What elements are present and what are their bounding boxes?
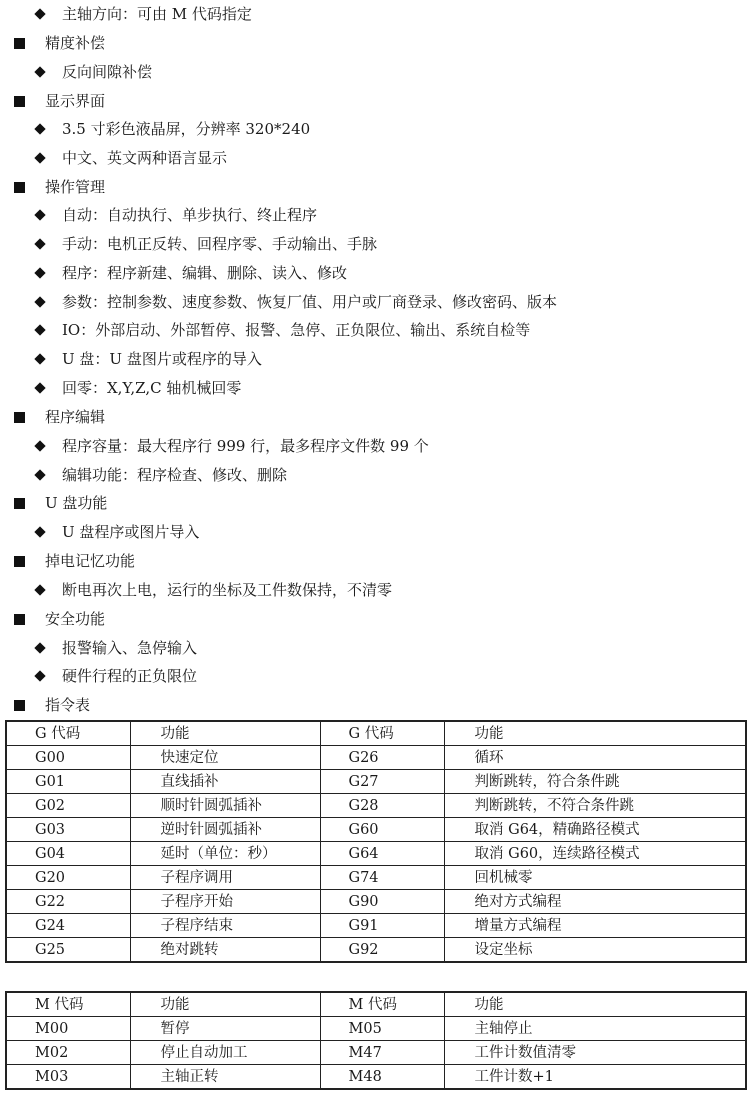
function-cell: 判断跳转，符合条件跳 bbox=[444, 770, 746, 794]
table-row: M02停止自动加工M47工件计数值清零 bbox=[6, 1041, 746, 1065]
square-bullet-icon bbox=[14, 412, 25, 423]
diamond-bullet-icon bbox=[34, 353, 46, 365]
diamond-bullet-icon bbox=[34, 382, 46, 394]
diamond-bullet-icon bbox=[34, 440, 46, 452]
header-cell: 功能 bbox=[130, 721, 320, 746]
function-cell: 暂停 bbox=[130, 1017, 320, 1041]
code-cell: G64 bbox=[320, 842, 444, 866]
diamond-bullet-icon bbox=[34, 267, 46, 279]
code-cell: G24 bbox=[6, 914, 130, 938]
table-row: G22子程序开始G90绝对方式编程 bbox=[6, 890, 746, 914]
function-cell: 逆时针圆弧插补 bbox=[130, 818, 320, 842]
diamond-bullet-icon bbox=[34, 152, 46, 164]
diamond-bullet-icon bbox=[34, 584, 46, 596]
function-cell: 增量方式编程 bbox=[444, 914, 746, 938]
code-cell: G00 bbox=[6, 746, 130, 770]
square-bullet-icon bbox=[14, 498, 25, 509]
code-cell: G60 bbox=[320, 818, 444, 842]
code-cell: G91 bbox=[320, 914, 444, 938]
table-row: M00暂停M05主轴停止 bbox=[6, 1017, 746, 1041]
header-cell: G 代码 bbox=[320, 721, 444, 746]
square-bullet-icon bbox=[14, 38, 25, 49]
table-row: G24子程序结束G91增量方式编程 bbox=[6, 914, 746, 938]
code-cell: G25 bbox=[6, 938, 130, 963]
code-cell: G27 bbox=[320, 770, 444, 794]
function-cell: 工件计数值清零 bbox=[444, 1041, 746, 1065]
code-cell: M02 bbox=[6, 1041, 130, 1065]
function-cell: 回机械零 bbox=[444, 866, 746, 890]
square-bullet-icon bbox=[14, 700, 25, 711]
header-cell: 功能 bbox=[444, 721, 746, 746]
function-cell: 取消 G60，连续路径模式 bbox=[444, 842, 746, 866]
function-cell: 判断跳转，不符合条件跳 bbox=[444, 794, 746, 818]
code-cell: G20 bbox=[6, 866, 130, 890]
header-cell: G 代码 bbox=[6, 721, 130, 746]
square-bullet-icon bbox=[14, 556, 25, 567]
code-cell: G90 bbox=[320, 890, 444, 914]
diamond-bullet-icon bbox=[34, 296, 46, 308]
square-bullet-icon bbox=[14, 182, 25, 193]
code-cell: G04 bbox=[6, 842, 130, 866]
table-header-row: M 代码 功能 M 代码 功能 bbox=[6, 992, 746, 1017]
code-cell: G74 bbox=[320, 866, 444, 890]
function-cell: 子程序结束 bbox=[130, 914, 320, 938]
code-cell: G28 bbox=[320, 794, 444, 818]
header-cell: 功能 bbox=[130, 992, 320, 1017]
table-row: G01直线插补G27判断跳转，符合条件跳 bbox=[6, 770, 746, 794]
function-cell: 工件计数+1 bbox=[444, 1065, 746, 1090]
header-cell: M 代码 bbox=[6, 992, 130, 1017]
table-row: G00快速定位G26循环 bbox=[6, 746, 746, 770]
square-bullet-icon bbox=[14, 614, 25, 625]
code-cell: G92 bbox=[320, 938, 444, 963]
code-cell: M48 bbox=[320, 1065, 444, 1090]
header-cell: M 代码 bbox=[320, 992, 444, 1017]
function-cell: 停止自动加工 bbox=[130, 1041, 320, 1065]
table-row: G03逆时针圆弧插补G60取消 G64，精确路径模式 bbox=[6, 818, 746, 842]
g-code-table: G 代码 功能 G 代码 功能 G00快速定位G26循环 G01直线插补G27判… bbox=[5, 720, 747, 963]
diamond-bullet-icon bbox=[34, 123, 46, 135]
function-cell: 子程序调用 bbox=[130, 866, 320, 890]
diamond-bullet-icon bbox=[34, 670, 46, 682]
function-cell: 快速定位 bbox=[130, 746, 320, 770]
code-cell: G01 bbox=[6, 770, 130, 794]
function-cell: 顺时针圆弧插补 bbox=[130, 794, 320, 818]
code-cell: M03 bbox=[6, 1065, 130, 1090]
code-cell: M47 bbox=[320, 1041, 444, 1065]
header-cell: 功能 bbox=[444, 992, 746, 1017]
code-cell: M05 bbox=[320, 1017, 444, 1041]
diamond-bullet-icon bbox=[34, 66, 46, 78]
code-cell: G22 bbox=[6, 890, 130, 914]
table-row: M03主轴正转M48工件计数+1 bbox=[6, 1065, 746, 1090]
square-bullet-icon bbox=[14, 96, 25, 107]
m-code-table: M 代码 功能 M 代码 功能 M00暂停M05主轴停止 M02停止自动加工M4… bbox=[5, 991, 747, 1090]
diamond-bullet-icon bbox=[34, 8, 46, 20]
code-cell: G02 bbox=[6, 794, 130, 818]
function-cell: 循环 bbox=[444, 746, 746, 770]
diamond-bullet-icon bbox=[34, 642, 46, 654]
diamond-bullet-icon bbox=[34, 324, 46, 336]
function-cell: 子程序开始 bbox=[130, 890, 320, 914]
diamond-bullet-icon bbox=[34, 526, 46, 538]
function-cell: 主轴停止 bbox=[444, 1017, 746, 1041]
code-cell: G26 bbox=[320, 746, 444, 770]
diamond-bullet-icon bbox=[34, 469, 46, 481]
table-row: G02顺时针圆弧插补G28判断跳转，不符合条件跳 bbox=[6, 794, 746, 818]
table-row: G04延时（单位：秒）G64取消 G60，连续路径模式 bbox=[6, 842, 746, 866]
table-row: G25绝对跳转G92设定坐标 bbox=[6, 938, 746, 963]
table-row: G20子程序调用G74回机械零 bbox=[6, 866, 746, 890]
diamond-bullet-icon bbox=[34, 209, 46, 221]
diamond-bullet-icon bbox=[34, 238, 46, 250]
function-cell: 取消 G64，精确路径模式 bbox=[444, 818, 746, 842]
function-cell: 绝对方式编程 bbox=[444, 890, 746, 914]
code-cell: M00 bbox=[6, 1017, 130, 1041]
function-cell: 主轴正转 bbox=[130, 1065, 320, 1090]
function-cell: 设定坐标 bbox=[444, 938, 746, 963]
function-cell: 直线插补 bbox=[130, 770, 320, 794]
function-cell: 绝对跳转 bbox=[130, 938, 320, 963]
function-cell: 延时（单位：秒） bbox=[130, 842, 320, 866]
code-cell: G03 bbox=[6, 818, 130, 842]
table-header-row: G 代码 功能 G 代码 功能 bbox=[6, 721, 746, 746]
